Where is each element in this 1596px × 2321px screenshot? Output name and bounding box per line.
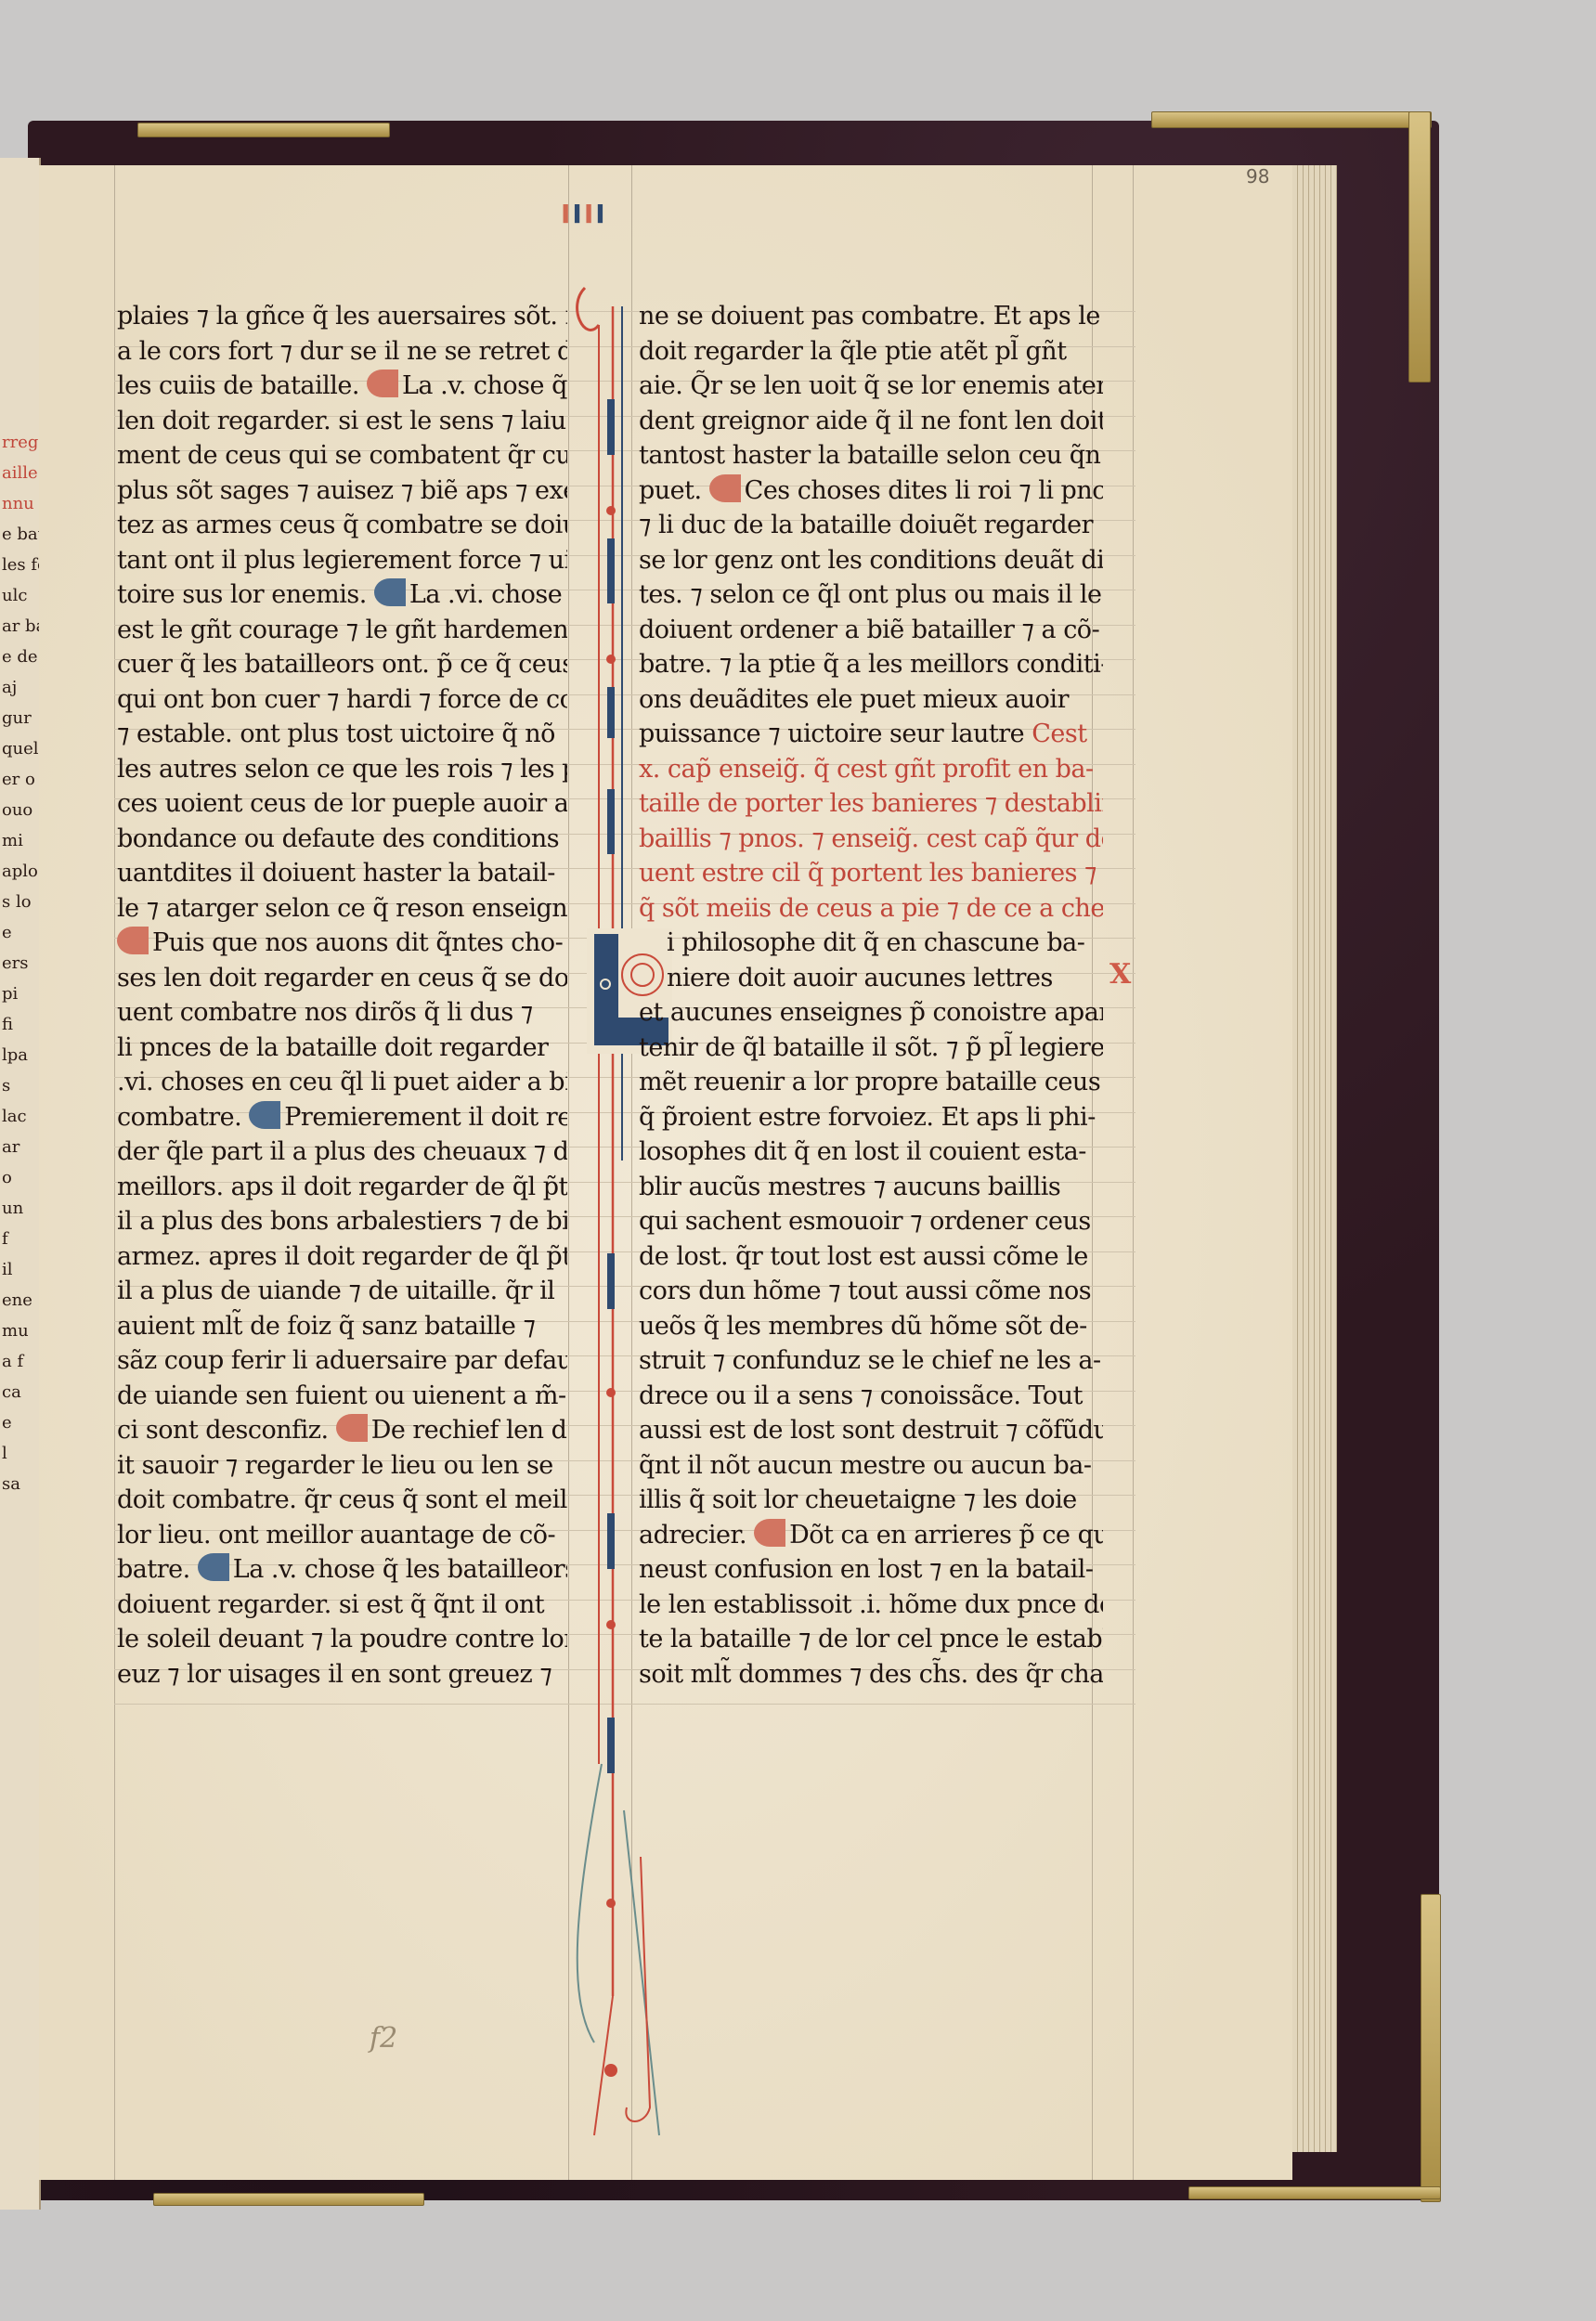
text-line: ons deuãdites ele puet mieux auoir	[639, 682, 1103, 718]
facing-leaf-line: e	[2, 917, 39, 948]
text-line: i philosophe dit q̃ en chascune ba-	[639, 926, 1103, 961]
text-line: cuer q̃ les batailleors ont. p̃ ce q̃ ce…	[117, 647, 567, 682]
brass-clasp-top-left	[137, 123, 390, 137]
text-line: lor lieu. ont meillor auantage de cõ-	[117, 1518, 567, 1553]
text-line: soit mlt̃ dommes ⁊ des ch̃s. des q̃r cha…	[639, 1657, 1103, 1692]
text-line: auient mlt̃ de foiz q̃ sanz bataille ⁊	[117, 1309, 567, 1344]
chapter-number: X	[1109, 958, 1131, 991]
text-line: qui ont bon cuer ⁊ hardi ⁊ force de cour…	[117, 682, 567, 718]
text-line: adrecier. Dõt ca en arrieres p̃ ce quil	[639, 1518, 1103, 1553]
text-line: se lor genz ont les conditions deuãt di-	[639, 543, 1103, 578]
text-line: uantdites il doiuent haster la batail-	[117, 856, 567, 891]
text-line: tantost haster la bataille selon ceu q̃n	[639, 438, 1103, 473]
text-line: doit combatre. q̃r ceus q̃ sont el meil-	[117, 1483, 567, 1518]
text-line: doiuent regarder. si est q̃ q̃nt il ont	[117, 1588, 567, 1623]
text-line: le soleil deuant ⁊ la poudre contre lor	[117, 1622, 567, 1657]
text-line: ses len doit regarder en ceus q̃ se doi-	[117, 961, 567, 996]
ruling-line	[114, 165, 115, 2180]
text-line: taille de porter les banieres ⁊ destabli…	[639, 786, 1103, 822]
facing-leaf-line: e bat	[2, 519, 39, 550]
facing-leaf-line: mi	[2, 825, 39, 856]
text-line: losophes dit q̃ en lost il couient esta-	[639, 1135, 1103, 1170]
text-line: dent greignor aide q̃ il ne font len doi…	[639, 404, 1103, 439]
text-line: q̃ p̃roient estre forvoiez. Et aps li ph…	[639, 1100, 1103, 1135]
facing-leaf-line: l	[2, 1438, 39, 1469]
text-line: aie. Q̃r se len uoit q̃ se lor enemis at…	[639, 369, 1103, 404]
facing-leaf-line: o	[2, 1162, 39, 1193]
facing-leaf-text: rregaaillennue batles feulcar bae deajgu…	[2, 427, 39, 1499]
paragraph-mark-icon	[198, 1553, 229, 1581]
text-line: les cuiis de bataille. La .v. chose q̃	[117, 369, 567, 404]
text-line: il a plus de uiande ⁊ de uitaille. q̃r i…	[117, 1274, 567, 1309]
text-line: de uiande sen fuient ou uienent a m̃-	[117, 1379, 567, 1414]
facing-leaf-line: aille	[2, 458, 39, 488]
facing-leaf-line: fi	[2, 1009, 39, 1040]
paragraph-mark-icon	[249, 1101, 280, 1129]
facing-leaf-line: mu	[2, 1316, 39, 1346]
text-line: niere doit auoir aucunes lettres	[639, 961, 1103, 996]
text-line: q̃ sõt meiis de ceus a pie ⁊ de ce a che…	[639, 891, 1103, 927]
facing-leaf-line: aj	[2, 672, 39, 703]
text-line: doiuent ordener a biẽ batailler ⁊ a cõ-	[639, 613, 1103, 648]
text-line: baillis ⁊ pnos. ⁊ enseig̃. cest cap̃ q̃u…	[639, 822, 1103, 857]
facing-leaf-line: s	[2, 1070, 39, 1101]
paragraph-mark-icon	[374, 578, 406, 606]
text-line: ces uoient ceus de lor pueple auoir a-	[117, 786, 567, 822]
facing-leaf-line: ene	[2, 1285, 39, 1316]
text-line: tant ont il plus legierement force ⁊ uic…	[117, 543, 567, 578]
brass-corner-right-bottom	[1421, 1894, 1441, 2202]
text-line: doit regarder la q̃le ptie atẽt pl̃ gñt	[639, 334, 1103, 370]
facing-leaf-line: f	[2, 1224, 39, 1254]
text-line: le len establissoit .i. hõme dux pnce de…	[639, 1588, 1103, 1623]
text-line: struit ⁊ confunduz se le chief ne les a-	[639, 1343, 1103, 1379]
ruling-line	[1133, 165, 1134, 2180]
text-line: toire sus lor enemis. La .vi. chose si	[117, 577, 567, 613]
paragraph-mark-icon	[367, 370, 398, 397]
facing-leaf-line: ca	[2, 1377, 39, 1407]
text-line: .vi. choses en ceu q̃l li puet aider a b…	[117, 1065, 567, 1100]
facing-leaf-line: sa	[2, 1469, 39, 1499]
text-line: plus sõt sages ⁊ auisez ⁊ biẽ aps ⁊ exer…	[117, 473, 567, 509]
text-line: ⁊ li duc de la bataille doiuẽt regarder	[639, 508, 1103, 543]
facing-leaf-line: pi	[2, 979, 39, 1009]
text-line: illis q̃ soit lor cheuetaigne ⁊ les doie	[639, 1483, 1103, 1518]
text-line: armez. apres il doit regarder de q̃l p̃t	[117, 1239, 567, 1275]
text-line: ⁊ estable. ont plus tost uictoire q̃ nõ	[117, 717, 567, 752]
folio-number: 98	[1246, 165, 1269, 188]
facing-leaf-line: il	[2, 1254, 39, 1285]
text-line: ne se doiuent pas combatre. Et aps le	[639, 299, 1103, 334]
text-line: puissance ⁊ uictoire seur lautre Cest	[639, 717, 1103, 752]
text-line: sãz coup ferir li aduersaire par defaute	[117, 1343, 567, 1379]
facing-leaf-line: un	[2, 1193, 39, 1224]
text-line: tenir de q̃l bataille il sõt. ⁊ p̃ pl̃ l…	[639, 1031, 1103, 1066]
text-line: batre. La .v. chose q̃ les batailleors	[117, 1552, 567, 1588]
text-line: ci sont desconfiz. De rechief len do-	[117, 1413, 567, 1448]
text-line: Puis que nos auons dit q̃ntes cho-	[117, 926, 567, 961]
text-line: de lost. q̃r tout lost est aussi cõme le	[639, 1239, 1103, 1275]
text-line: puet. Ces choses dites li roi ⁊ li pnce	[639, 473, 1103, 509]
brass-clasp-bottom-left	[153, 2193, 424, 2206]
text-line: est le gñt courage ⁊ le gñt hardement du	[117, 613, 567, 648]
text-line: a le cors fort ⁊ dur se il ne se retret …	[117, 334, 567, 370]
quire-signature: f2	[370, 2022, 397, 2055]
text-line: x. cap̃ enseig̃. q̃ cest gñt profit en b…	[639, 752, 1103, 787]
text-line: mẽt reuenir a lor propre bataille ceus	[639, 1065, 1103, 1100]
facing-leaf-line: s lo	[2, 887, 39, 917]
facing-leaf-line: ers	[2, 948, 39, 979]
brass-clasp-top-right	[1151, 111, 1432, 128]
text-line: ment de ceus qui se combatent q̃r cum	[117, 438, 567, 473]
page-edges	[1292, 165, 1337, 2152]
text-line: uent estre cil q̃ portent les banieres ⁊	[639, 856, 1103, 891]
facing-leaf-line: quel	[2, 733, 39, 764]
text-line: bondance ou defaute des conditions de-	[117, 822, 567, 857]
facing-leaf-line: e	[2, 1407, 39, 1438]
text-line: ueõs q̃ les membres dũ hõme sõt de-	[639, 1309, 1103, 1344]
text-line: il a plus des bons arbalestiers ⁊ de biẽ	[117, 1204, 567, 1239]
text-line: les autres selon ce que les rois ⁊ les p…	[117, 752, 567, 787]
facing-leaf-line: lac	[2, 1101, 39, 1132]
paragraph-mark-icon	[336, 1414, 368, 1442]
text-line: it sauoir ⁊ regarder le lieu ou len se	[117, 1448, 567, 1484]
facing-leaf-line: ulc	[2, 580, 39, 611]
text-line: q̃nt il nõt aucun mestre ou aucun ba-	[639, 1448, 1103, 1484]
text-line: li pnces de la bataille doit regarder	[117, 1031, 567, 1066]
facing-leaf-line: nnu	[2, 488, 39, 519]
left-text-column: plaies ⁊ la gñce q̃ les auersaires sõt. …	[117, 299, 567, 1692]
text-line: tes. ⁊ selon ce q̃l ont plus ou mais il …	[639, 577, 1103, 613]
text-line: drece ou il a sens ⁊ conoissãce. Tout	[639, 1379, 1103, 1414]
text-line: meillors. aps il doit regarder de q̃l p̃…	[117, 1170, 567, 1205]
text-line: et aucunes enseignes p̃ conoistre apar-	[639, 995, 1103, 1031]
text-line: blir aucũs mestres ⁊ aucuns baillis	[639, 1170, 1103, 1205]
facing-leaf-line: ouo	[2, 795, 39, 825]
facing-leaf-line: ar ba	[2, 611, 39, 642]
facing-leaf-line: aplo	[2, 856, 39, 887]
facing-leaf-line: les fe	[2, 550, 39, 580]
facing-leaf-line: ar	[2, 1132, 39, 1162]
text-line: len doit regarder. si est le sens ⁊ laiu…	[117, 404, 567, 439]
facing-leaf-line: a f	[2, 1346, 39, 1377]
text-line: te la bataille ⁊ de lor cel pnce le esta…	[639, 1622, 1103, 1657]
text-line: qui sachent esmouoir ⁊ ordener ceus	[639, 1204, 1103, 1239]
text-line: le ⁊ atarger selon ce q̃ reson enseigne	[117, 891, 567, 927]
text-line: euz ⁊ lor uisages il en sont greuez ⁊	[117, 1657, 567, 1692]
brass-corner-right-top	[1408, 111, 1431, 383]
text-line: neust confusion en lost ⁊ en la batail-	[639, 1552, 1103, 1588]
facing-leaf-line: gur	[2, 703, 39, 733]
text-line: batre. ⁊ la ptie q̃ a les meillors condi…	[639, 647, 1103, 682]
text-line: cors dun hõme ⁊ tout aussi cõme nos	[639, 1274, 1103, 1309]
text-line: plaies ⁊ la gñce q̃ les auersaires sõt. …	[117, 299, 567, 334]
text-line: der q̃le part il a plus des cheuaux ⁊ de…	[117, 1135, 567, 1170]
facing-leaf-line: lpa	[2, 1040, 39, 1070]
paragraph-mark-icon	[754, 1519, 785, 1547]
facing-leaf: rregaaillennue batles feulcar bae deajgu…	[0, 158, 41, 2210]
brass-clasp-bottom-right	[1188, 2186, 1441, 2199]
facing-leaf-line: rrega	[2, 427, 39, 458]
text-line: uent combatre nos dirõs q̃ li dus ⁊	[117, 995, 567, 1031]
running-header: IIII	[561, 199, 607, 229]
paragraph-mark-icon	[709, 474, 741, 502]
facing-leaf-line: er o	[2, 764, 39, 795]
facing-leaf-line: e de	[2, 642, 39, 672]
paragraph-mark-icon	[117, 927, 149, 954]
right-text-column: ne se doiuent pas combatre. Et aps ledoi…	[639, 299, 1103, 1692]
text-line: aussi est de lost sont destruit ⁊ cõfũdu…	[639, 1413, 1103, 1448]
text-line: tez as armes ceus q̃ combatre se doiuẽt	[117, 508, 567, 543]
text-line: combatre. Premierement il doit rega-	[117, 1100, 567, 1135]
